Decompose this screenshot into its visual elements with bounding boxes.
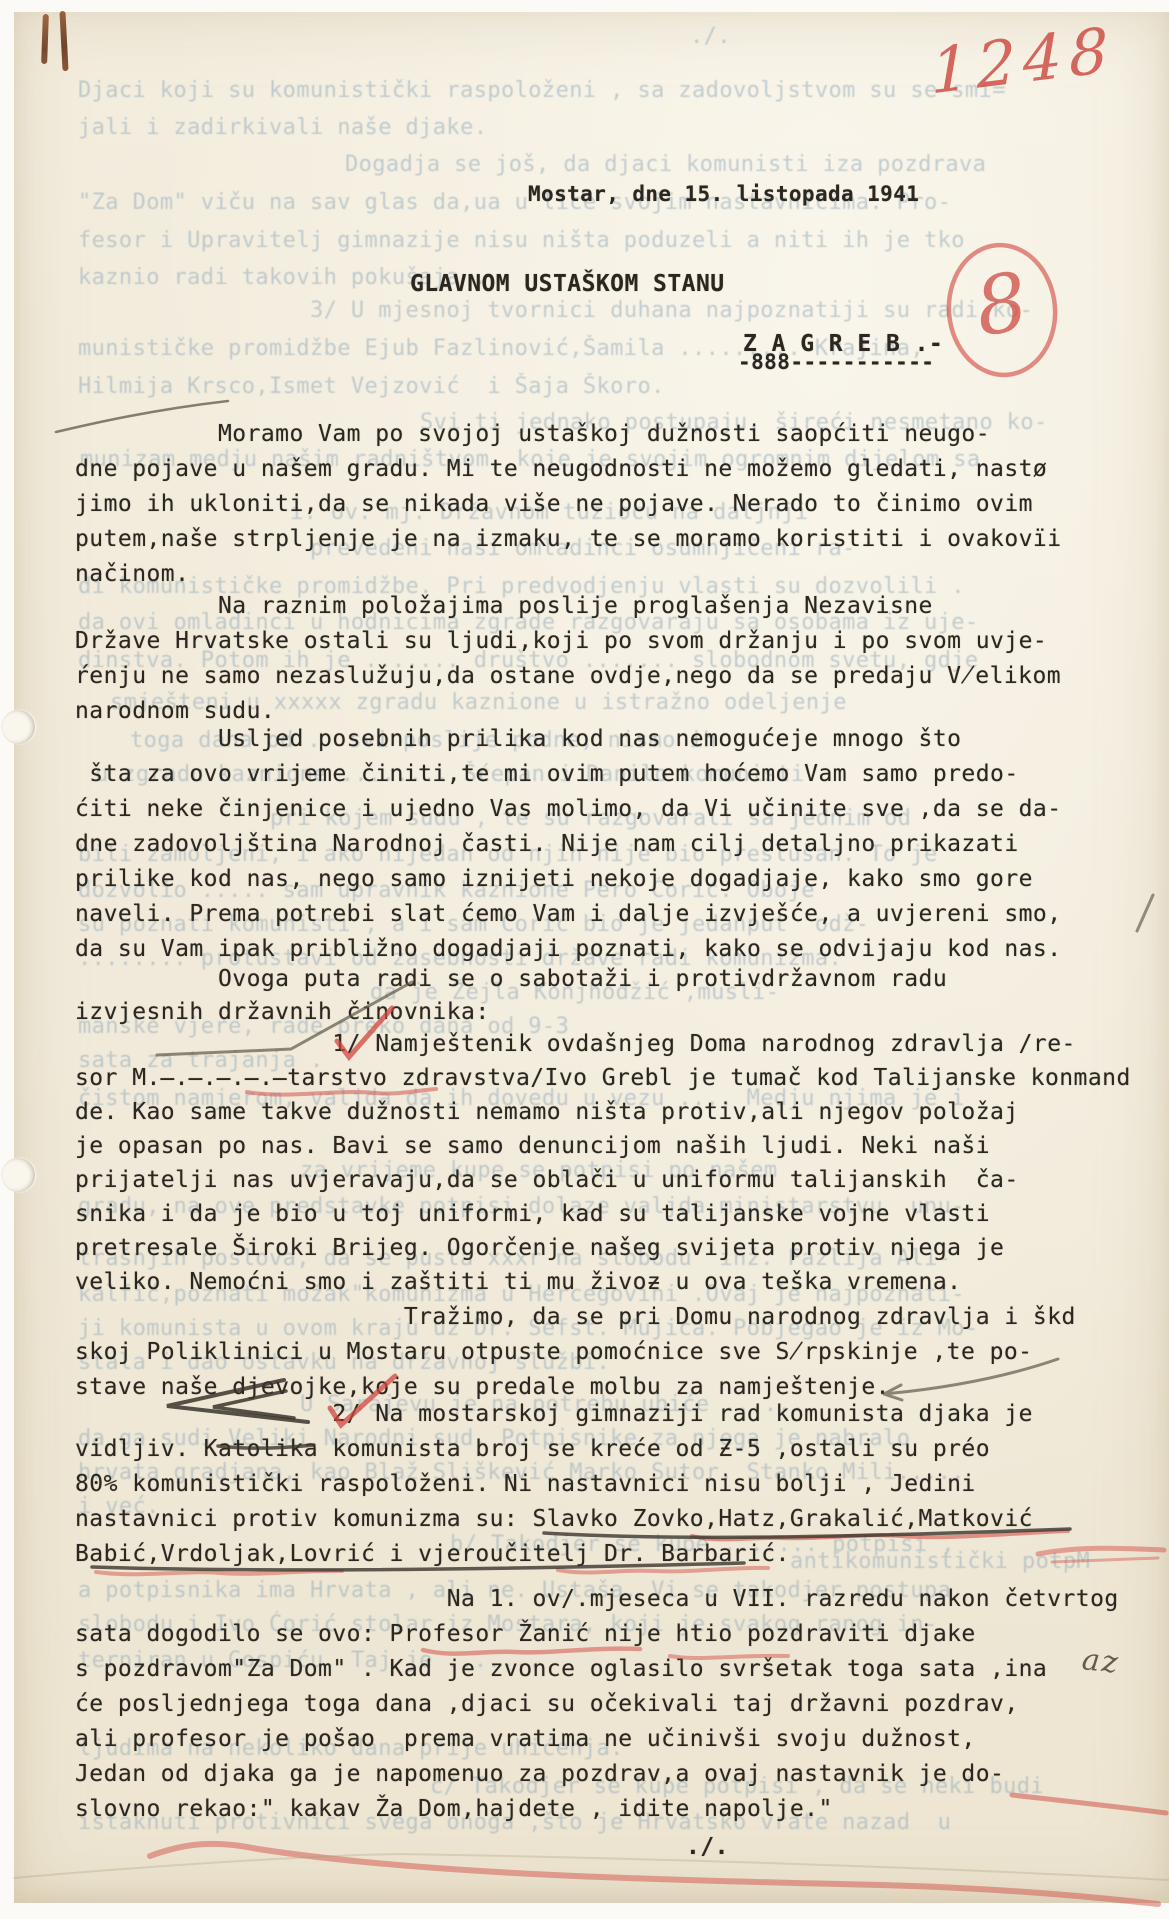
red-wavy-underline-zanic <box>423 1649 640 1654</box>
handwritten-margin-note: az <box>1080 1642 1121 1681</box>
red-wavy-underline-barbaric <box>558 1568 768 1573</box>
red-scribble-right-margin <box>1038 1548 1164 1554</box>
pencil-checkmark-item1 <box>157 982 412 1055</box>
pencil-arrow-right-margin <box>884 1359 1058 1400</box>
punch-hole <box>1 710 35 744</box>
punch-hole <box>1 1158 35 1192</box>
red-scribble-right-margin <box>1052 1558 1158 1562</box>
red-wavy-underline-zanic <box>670 1656 788 1658</box>
red-checkmark-1 <box>337 1008 392 1057</box>
red-line-bottom-long <box>150 1844 1158 1904</box>
pencil-strike-katolika <box>218 1445 314 1448</box>
red-line-bottom-right <box>1012 1795 1166 1813</box>
red-underline-grebl <box>247 1089 436 1095</box>
red-checkmark-2 <box>330 1376 395 1425</box>
pencil-slash-margin <box>1137 895 1153 931</box>
pencil-arc-margin <box>56 401 228 432</box>
